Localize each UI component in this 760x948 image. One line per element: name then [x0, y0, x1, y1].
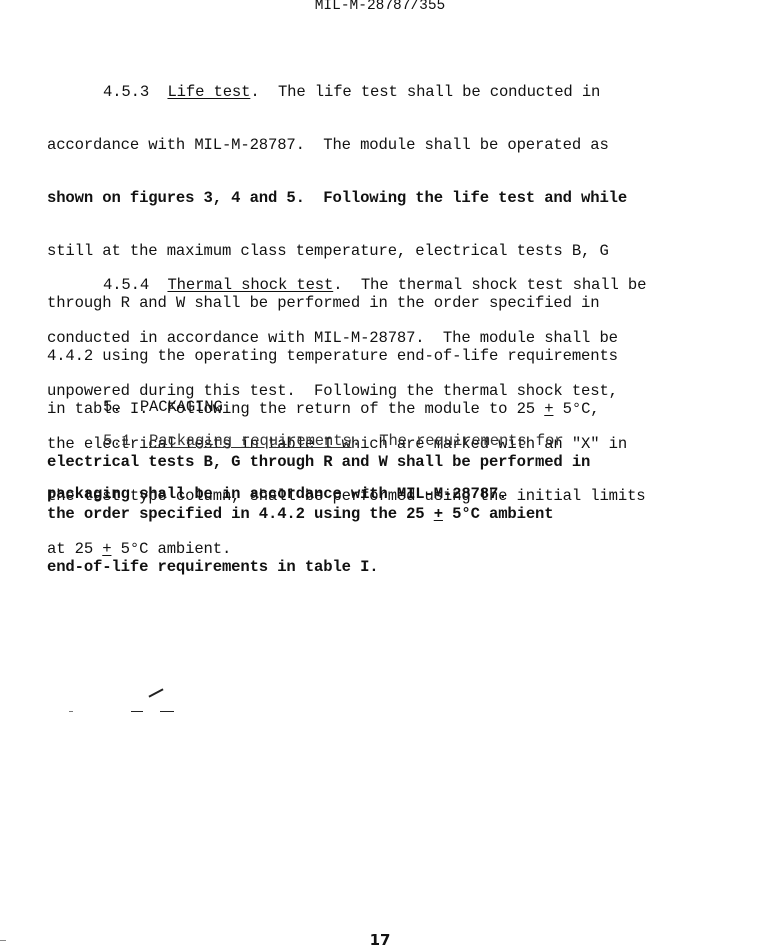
section-number: 4.5.4: [103, 276, 149, 294]
section-text: . The requirements for: [352, 432, 564, 450]
section-title: Thermal shock test: [167, 276, 333, 294]
section-number: 4.5.3: [103, 83, 149, 101]
section-number: 5.1: [103, 432, 131, 450]
section-heading-line: 4.5.3 Life test. The life test shall be …: [47, 84, 627, 102]
section-heading-line: 5.1 Packaging requirements. The requirem…: [47, 433, 563, 451]
section-title: Packaging requirements: [149, 432, 352, 450]
scan-artifact-mark: [160, 711, 174, 712]
text-line: packaging shall be in accordance with MI…: [47, 486, 563, 504]
section-text: . The thermal shock test shall be: [333, 276, 646, 294]
text-line: shown on figures 3, 4 and 5. Following t…: [47, 190, 627, 208]
document-id-header: MIL-M-28787/355: [0, 0, 760, 15]
page-number: 17: [0, 931, 760, 948]
section-heading-line: 4.5.4 Thermal shock test. The thermal sh…: [47, 277, 646, 295]
text-line: conducted in accordance with MIL-M-28787…: [47, 330, 646, 348]
scan-artifact-mark: [69, 711, 73, 712]
section-packaging-requirements: 5.1 Packaging requirements. The requirem…: [47, 398, 563, 521]
scan-artifact-mark: [131, 711, 143, 712]
section-title: Life test: [167, 83, 250, 101]
section-text: . The life test shall be conducted in: [250, 83, 600, 101]
text-line-with-tolerance: at 25 + 5°C ambient.: [47, 541, 646, 559]
scan-artifact-mark: [148, 688, 163, 697]
text-line: accordance with MIL-M-28787. The module …: [47, 137, 627, 155]
